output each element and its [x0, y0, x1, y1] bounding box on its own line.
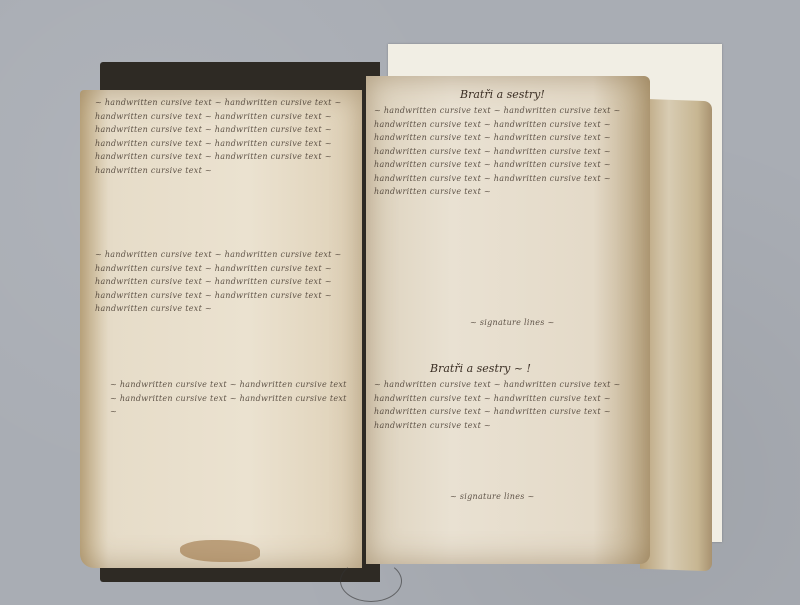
right-paragraph-2: ~ handwritten cursive text ~ handwritten… — [374, 378, 636, 488]
right-signature-2: ~ signature lines ~ — [450, 490, 600, 540]
right-heading-1: Bratři a sestry! — [460, 88, 545, 101]
right-heading-2: Bratři a sestry ~ ! — [430, 362, 531, 375]
left-paragraph-3: ~ handwritten cursive text ~ handwritten… — [110, 378, 355, 448]
right-signature-1: ~ signature lines ~ — [470, 316, 620, 356]
right-paragraph-1: ~ handwritten cursive text ~ handwritten… — [374, 104, 642, 314]
binding-thread — [340, 560, 402, 602]
manuscript-photo: 5 ~ handwritten cursive text ~ handwritt… — [0, 0, 800, 605]
left-paragraph-1: ~ handwritten cursive text ~ handwritten… — [95, 96, 355, 246]
water-stain — [180, 540, 260, 562]
left-paragraph-2: ~ handwritten cursive text ~ handwritten… — [95, 248, 355, 376]
loose-leaves — [640, 99, 712, 572]
